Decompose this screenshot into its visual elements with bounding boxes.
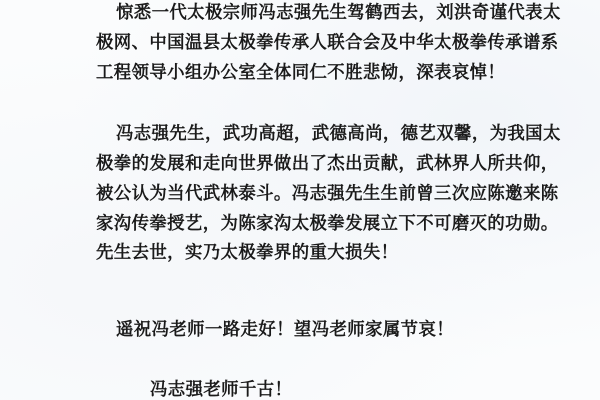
closing-wish: 遥祝冯老师一路走好！望冯老师家属节哀！: [116, 320, 454, 340]
text-line: 被公认为当代武林泰斗。冯志强先生生前曾三次应陈邀来陈: [96, 184, 559, 204]
text-line: 家沟传拳授艺，为陈家沟太极拳发展立下不可磨灭的功勋。: [96, 214, 559, 234]
text-line: 极网、中国温县太极拳传承人联合会及中华太极拳传承谱系: [96, 33, 559, 53]
text-line: 惊悉一代太极宗师冯志强先生驾鹤西去，刘洪奇谨代表太: [116, 3, 561, 23]
scanned-letter-page: 惊悉一代太极宗师冯志强先生驾鹤西去，刘洪奇谨代表太 极网、中国温县太极拳传承人联…: [0, 0, 600, 400]
closing-tribute: 冯志强老师千古！: [150, 380, 292, 400]
text-line: 先生去世，实乃太极拳界的重大损失！: [96, 243, 398, 263]
text-line: 极拳的发展和走向世界做出了杰出贡献，武林界人所共仰，: [96, 154, 559, 174]
text-line: 工程领导小组办公室全体同仁不胜悲恸，深表哀悼！: [96, 63, 505, 83]
text-line: 冯志强先生，武功高超，武德高尚，德艺双馨，为我国太: [116, 124, 561, 144]
